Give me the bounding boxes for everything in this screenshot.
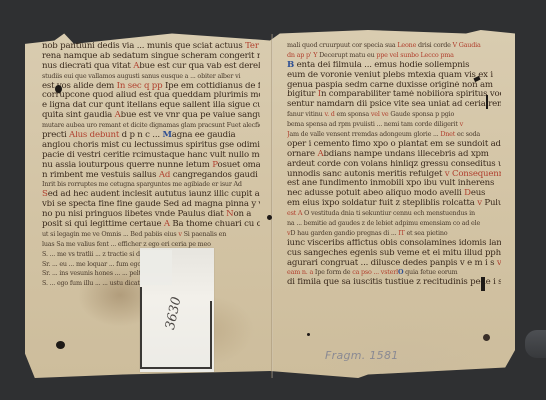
line-text-continued: n comparabiliter tamé nobiliora spiritus… xyxy=(321,90,501,99)
line-text: est vos alide dem xyxy=(42,82,117,91)
line-text: nus diecrati qua vitat xyxy=(42,62,133,71)
wormhole-2 xyxy=(56,341,65,349)
manuscript-line: cus sangeches egenis sub veme et ei mitu… xyxy=(287,249,501,259)
line-text-continued: bue est cur qua vab est derelictus ab vi… xyxy=(139,62,260,71)
line-text: mutare aubea uro remant et dicite dignam… xyxy=(42,121,260,129)
manuscript-line: iunc visceribs affictus obis consolamine… xyxy=(287,239,501,249)
ink-stroke-lower xyxy=(481,277,485,291)
line-text-continued: Ipe em cottidianus de fua xyxy=(162,82,260,91)
line-text: nu assia iouturpous querre nunne letum xyxy=(42,161,212,170)
wormhole-3 xyxy=(267,215,272,220)
line-text: agurari congruat ... dilusce dedes panpi… xyxy=(287,259,497,268)
manuscript-line: nob pantiuni dedis via ... munis que sci… xyxy=(42,42,260,52)
line-text: cus sangeches egenis sub veme et ei mitu… xyxy=(287,249,501,258)
manuscript-line: mutare aubea uro remant et dicite dignam… xyxy=(42,121,260,131)
manuscript-line: nu assia iouturpous querre nunne letum P… xyxy=(42,161,260,171)
line-text-continued: bue est ve vnr qua pe vaiue sangues fiol… xyxy=(121,111,260,120)
line-text: sentur namdarn dii psice vite sea uniat … xyxy=(287,100,501,109)
red-rubric: v. d xyxy=(324,110,334,118)
line-text: precti xyxy=(42,131,69,140)
stain-spot xyxy=(483,334,490,341)
line-text: Inrit bis rorruptes me cetugna spargunte… xyxy=(42,180,242,188)
manuscript-line: pacie di vestri ceritie rcimustaque hanc… xyxy=(42,151,260,161)
manuscript-line: ardeut corde con volans hinliqz gressu c… xyxy=(287,160,501,170)
line-text: no pu nisi pringuos libetes vnde Paulus … xyxy=(42,210,226,219)
shelfmark-pencil-note: Fragm. 1581 xyxy=(325,349,399,362)
manuscript-line: est vos alide dem In sec q pp Ipe em cot… xyxy=(42,82,260,92)
manuscript-line: eam n. a Ipe form de ca pso ... vsterlO … xyxy=(287,268,501,278)
center-fold xyxy=(271,34,273,378)
line-text: em eius ixpo soldatur fuit z stepliblis … xyxy=(287,199,477,208)
line-text: quita sint gaudia xyxy=(42,111,115,120)
red-rubric: In sec q pp xyxy=(117,82,163,91)
line-text: studiis eui que vallamos augusti sanus e… xyxy=(42,72,240,80)
manuscript-line: vbi se specta fine fine gaude Sed ad mag… xyxy=(42,200,260,210)
line-text-continued: eus xyxy=(471,189,485,198)
manuscript-line: nec adusse potuit abeo aliquo modo avell… xyxy=(287,189,501,199)
wormhole-4 xyxy=(307,333,310,336)
red-rubric: v xyxy=(497,259,501,268)
red-rubric: est A xyxy=(287,209,302,217)
line-text: genua paspia sedm carne duxisse originé … xyxy=(287,81,493,90)
line-text-continued: osuet oma capua ma xyxy=(218,161,260,170)
manuscript-line: est A O vestituda dnia ti sekuntiur cenn… xyxy=(287,209,501,219)
manuscript-line: rena namque ab sedatum singue scheram co… xyxy=(42,52,260,62)
line-text-continued: D hau garden gandio pregnas di ... xyxy=(290,229,398,237)
manuscript-line: mali quod cruurpuut cor specia sua Leone… xyxy=(287,41,501,51)
line-text-continued: em sponsa xyxy=(335,110,371,118)
line-text: bema spensa ad rpm pvuiisti ... nemi tam… xyxy=(287,120,460,128)
red-rubric: Alus debunt xyxy=(69,131,119,140)
line-text-continued: am de valle vensent rremdas adongeum glo… xyxy=(289,130,440,138)
manuscript-line: na ... bemitie ad gaudes z de lebiet adp… xyxy=(287,219,501,229)
red-rubric: Ter xyxy=(245,42,259,51)
line-text: eum de voronie veniut plebs mtexia quam … xyxy=(287,71,493,80)
line-text: nob pantiuni dedis via ... munis que sci… xyxy=(42,42,245,51)
line-text: pacie di vestri ceritie rcimustaque hanc… xyxy=(42,151,260,160)
line-text-continued: enta dei filmula ... emus hodie sollempn… xyxy=(294,61,469,70)
manuscript-photograph: nob pantiuni dedis via ... munis que sci… xyxy=(0,0,546,400)
ink-stroke xyxy=(486,95,488,109)
red-rubric: Leone xyxy=(397,41,416,49)
manuscript-line: corrupcone quod aliud est qua queddam pl… xyxy=(42,91,260,101)
line-text: posit si qui legittime certaue xyxy=(42,220,164,229)
manuscript-line: ornare Abdians nampe undans illecebris a… xyxy=(287,150,501,160)
red-rubric: Dnet xyxy=(440,130,455,138)
right-page-text: mali quod cruurpuut cor specia sua Leone… xyxy=(287,41,501,288)
line-text: rena namque ab sedatum singue scheram co… xyxy=(42,52,260,61)
line-text: e ligna dat cur qunt itellans eque salle… xyxy=(42,101,260,110)
manuscript-line: bema spensa ad rpm pvuiisti ... nemi tam… xyxy=(287,120,501,130)
line-text-continued: d p n c ... xyxy=(119,131,162,140)
red-rubric: dn ap p' Y xyxy=(287,51,319,59)
manuscript-line: nus diecrati qua vitat Abue est cur qua … xyxy=(42,62,260,72)
manuscript-line: anglou choris mist cu lectussimus spirit… xyxy=(42,141,260,151)
line-text: ut si legagin me ve Omnis ... Bed pabiis… xyxy=(42,230,178,238)
line-text: fanur vitinu xyxy=(287,110,324,118)
label-frame-right-border xyxy=(210,301,212,369)
line-text-continued: on a xyxy=(233,210,251,219)
line-text-continued: Gaude sponsa p pgio xyxy=(389,110,455,118)
manuscript-line: genua paspia sedm carne duxisse originé … xyxy=(287,81,501,91)
line-text: di fimila que sa iuscitis tustiue z reci… xyxy=(287,278,501,287)
manuscript-line: no pu nisi pringuos libetes vnde Paulus … xyxy=(42,210,260,220)
line-text-continued: Puluis fa xyxy=(482,199,501,208)
line-text-continued: quia fetue eorum xyxy=(403,268,457,276)
manuscript-line: est ane fundimento inmobili xpo ibu vult… xyxy=(287,179,501,189)
line-text: nec adusse potuit abeo aliquo modo avell… xyxy=(287,189,464,198)
line-text-continued: et sea pietino xyxy=(405,229,448,237)
mounting-clip xyxy=(525,330,546,358)
manuscript-line: n rimbent me vestuis sallus Ad cangregan… xyxy=(42,171,260,181)
line-text: n rimbent me vestuis sallus xyxy=(42,171,159,180)
manuscript-line: oper i cemento fimo xpo o plantat em se … xyxy=(287,140,501,150)
wormhole-1 xyxy=(55,85,62,93)
line-text: mali quod cruurpuut cor specia sua xyxy=(287,41,397,49)
red-rubric: eam n. a xyxy=(287,268,313,276)
manuscript-line: di fimila que sa iuscitis tustiue z reci… xyxy=(287,278,501,288)
paper-label-tab xyxy=(140,250,172,285)
line-text: iunc visceribs affictus obis consolamine… xyxy=(287,239,501,248)
line-text: luas Sa me valius fent ... efficher z eg… xyxy=(42,240,211,248)
manuscript-line: eum de voronie veniut plebs mtexia quam … xyxy=(287,71,501,81)
line-text-continued: drisi corde xyxy=(416,41,452,49)
line-text: unnodis sanc autonis meritis refulget xyxy=(287,170,445,179)
red-rubric: vel ve xyxy=(371,110,389,118)
red-rubric: Ad xyxy=(159,171,170,180)
line-text: ornare xyxy=(287,150,317,159)
manuscript-line: Jam de valle vensent rremdas adongeum gl… xyxy=(287,130,501,140)
line-text: corrupcone quod aliud est qua queddam pl… xyxy=(42,91,260,100)
line-text: ardeut corde con volans hinliqz gressu c… xyxy=(287,160,501,169)
manuscript-line: Sed ad hec audent inclesit aututus iaunz… xyxy=(42,190,260,200)
manuscript-line: Inrit bis rorruptes me cetugna spargunte… xyxy=(42,180,260,190)
line-text-continued: ed ad hec audent inclesit aututus iaunz … xyxy=(48,190,260,199)
manuscript-line: fanur vitinu v. d em sponsa vel ve Gaude… xyxy=(287,110,501,120)
line-text: anglou choris mist cu lectussimus spirit… xyxy=(42,141,260,150)
manuscript-line: studiis eui que vallamos augusti sanus e… xyxy=(42,72,260,82)
manuscript-line: posit si qui legittime certaue A Ba thom… xyxy=(42,220,260,230)
manuscript-line: quita sint gaudia Abue est ve vnr qua pe… xyxy=(42,111,260,121)
manuscript-line: ut si legagin me ve Omnis ... Bed pabiis… xyxy=(42,230,260,240)
manuscript-line: unnodis sanc autonis meritis refulget v … xyxy=(287,170,501,180)
line-text: S. ... ego fum illu ... ... ustu dicatur xyxy=(42,279,147,287)
manuscript-line: e ligna dat cur qunt itellans eque salle… xyxy=(42,101,260,111)
line-text-continued: cangregandos gaudi z omb lumago v xyxy=(170,171,260,180)
line-text-continued: Si paenalis en xyxy=(182,230,226,238)
line-text: vbi se specta fine fine gaude Sed ad mag… xyxy=(42,200,260,209)
manuscript-line: bigitur In comparabiliter tamé nobiliora… xyxy=(287,90,501,100)
line-text-continued: agna ee gaudia xyxy=(172,131,236,140)
line-text-continued: ec soda xyxy=(455,130,480,138)
line-text-continued: O vestituda dnia ti sekuntiur cennu ech … xyxy=(302,209,475,217)
manuscript-line: vD hau garden gandio pregnas di ... IT e… xyxy=(287,229,501,239)
line-text: bigitur xyxy=(287,90,318,99)
red-rubric: V Gaudia xyxy=(453,41,481,49)
red-rubric: ca pso ... vsterl xyxy=(352,268,398,276)
red-rubric: D xyxy=(464,189,471,198)
blue-initial: M xyxy=(162,131,171,140)
manuscript-line: agurari congruat ... dilusce dedes panpi… xyxy=(287,259,501,269)
red-rubric: v xyxy=(460,120,463,128)
red-rubric: v Consequenr xyxy=(445,170,501,179)
manuscript-line: em eius ixpo soldatur fuit z stepliblis … xyxy=(287,199,501,209)
manuscript-line: B enta dei filmula ... emus hodie sollem… xyxy=(287,61,501,71)
manuscript-line: dn ap p' Y Decerupt matu eu ppe vel sunb… xyxy=(287,51,501,61)
line-text-continued: Ba thome chuari cu dno iustou xyxy=(170,220,260,229)
line-text: est ane fundimento inmobili xpo ibu vult… xyxy=(287,179,494,188)
line-text: na ... bemitie ad gaudes z de lebiet adp… xyxy=(287,219,480,227)
manuscript-line: sentur namdarn dii psice vite sea uniat … xyxy=(287,100,501,110)
line-text: oper i cemento fimo xpo o plantat em se … xyxy=(287,140,501,149)
red-rubric: ppe vel sunbo Lecco pma xyxy=(376,51,453,59)
manuscript-line: precti Alus debunt d p n c ... Magna ee … xyxy=(42,131,260,141)
line-text-continued: Ipe form de xyxy=(313,268,352,276)
line-text-continued: bdians nampe undans illecebris ad xpm xyxy=(323,150,488,159)
line-text-continued: Decerupt matu eu xyxy=(319,51,376,59)
